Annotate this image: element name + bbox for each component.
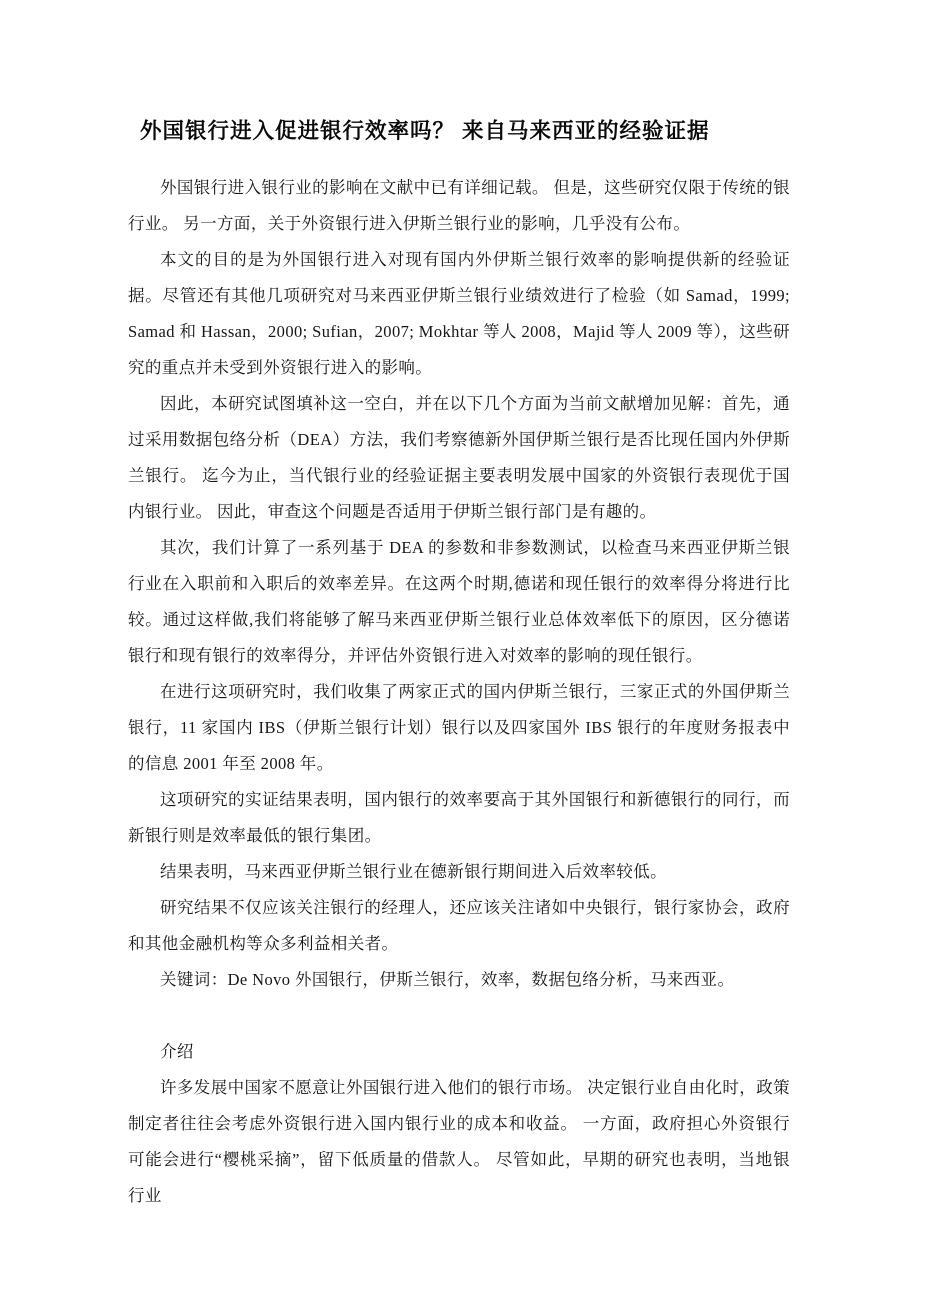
intro-paragraph: 许多发展中国家不愿意让外国银行进入他们的银行市场。 决定银行业自由化时，政策制定…	[128, 1070, 790, 1214]
abstract-paragraph: 其次，我们计算了一系列基于 DEA 的参数和非参数测试，以检查马来西亚伊斯兰银行…	[128, 530, 790, 674]
abstract-paragraph: 本文的目的是为外国银行进入对现有国内外伊斯兰银行效率的影响提供新的经验证据。尽管…	[128, 242, 790, 386]
abstract-paragraph: 外国银行进入银行业的影响在文献中已有详细记载。 但是，这些研究仅限于传统的银行业…	[128, 170, 790, 242]
abstract-paragraph: 在进行这项研究时，我们收集了两家正式的国内伊斯兰银行，三家正式的外国伊斯兰银行，…	[128, 674, 790, 782]
abstract-paragraph: 研究结果不仅应该关注银行的经理人，还应该关注诸如中央银行，银行家协会，政府和其他…	[128, 890, 790, 962]
abstract-paragraph: 结果表明，马来西亚伊斯兰银行业在德新银行期间进入后效率较低。	[128, 854, 790, 890]
document-page: 外国银行进入促进银行效率吗？ 来自马来西亚的经验证据 外国银行进入银行业的影响在…	[0, 0, 926, 1309]
blank-line	[128, 998, 790, 1034]
keywords-line: 关键词：De Novo 外国银行，伊斯兰银行，效率，数据包络分析，马来西亚。	[128, 962, 790, 998]
section-heading-introduction: 介绍	[128, 1034, 790, 1070]
document-title: 外国银行进入促进银行效率吗？ 来自马来西亚的经验证据	[140, 116, 790, 146]
abstract-paragraph: 这项研究的实证结果表明，国内银行的效率要高于其外国银行和新德银行的同行，而新银行…	[128, 782, 790, 854]
abstract-paragraph: 因此，本研究试图填补这一空白，并在以下几个方面为当前文献增加见解：首先，通过采用…	[128, 386, 790, 530]
document-content: 外国银行进入促进银行效率吗？ 来自马来西亚的经验证据 外国银行进入银行业的影响在…	[128, 116, 790, 1214]
